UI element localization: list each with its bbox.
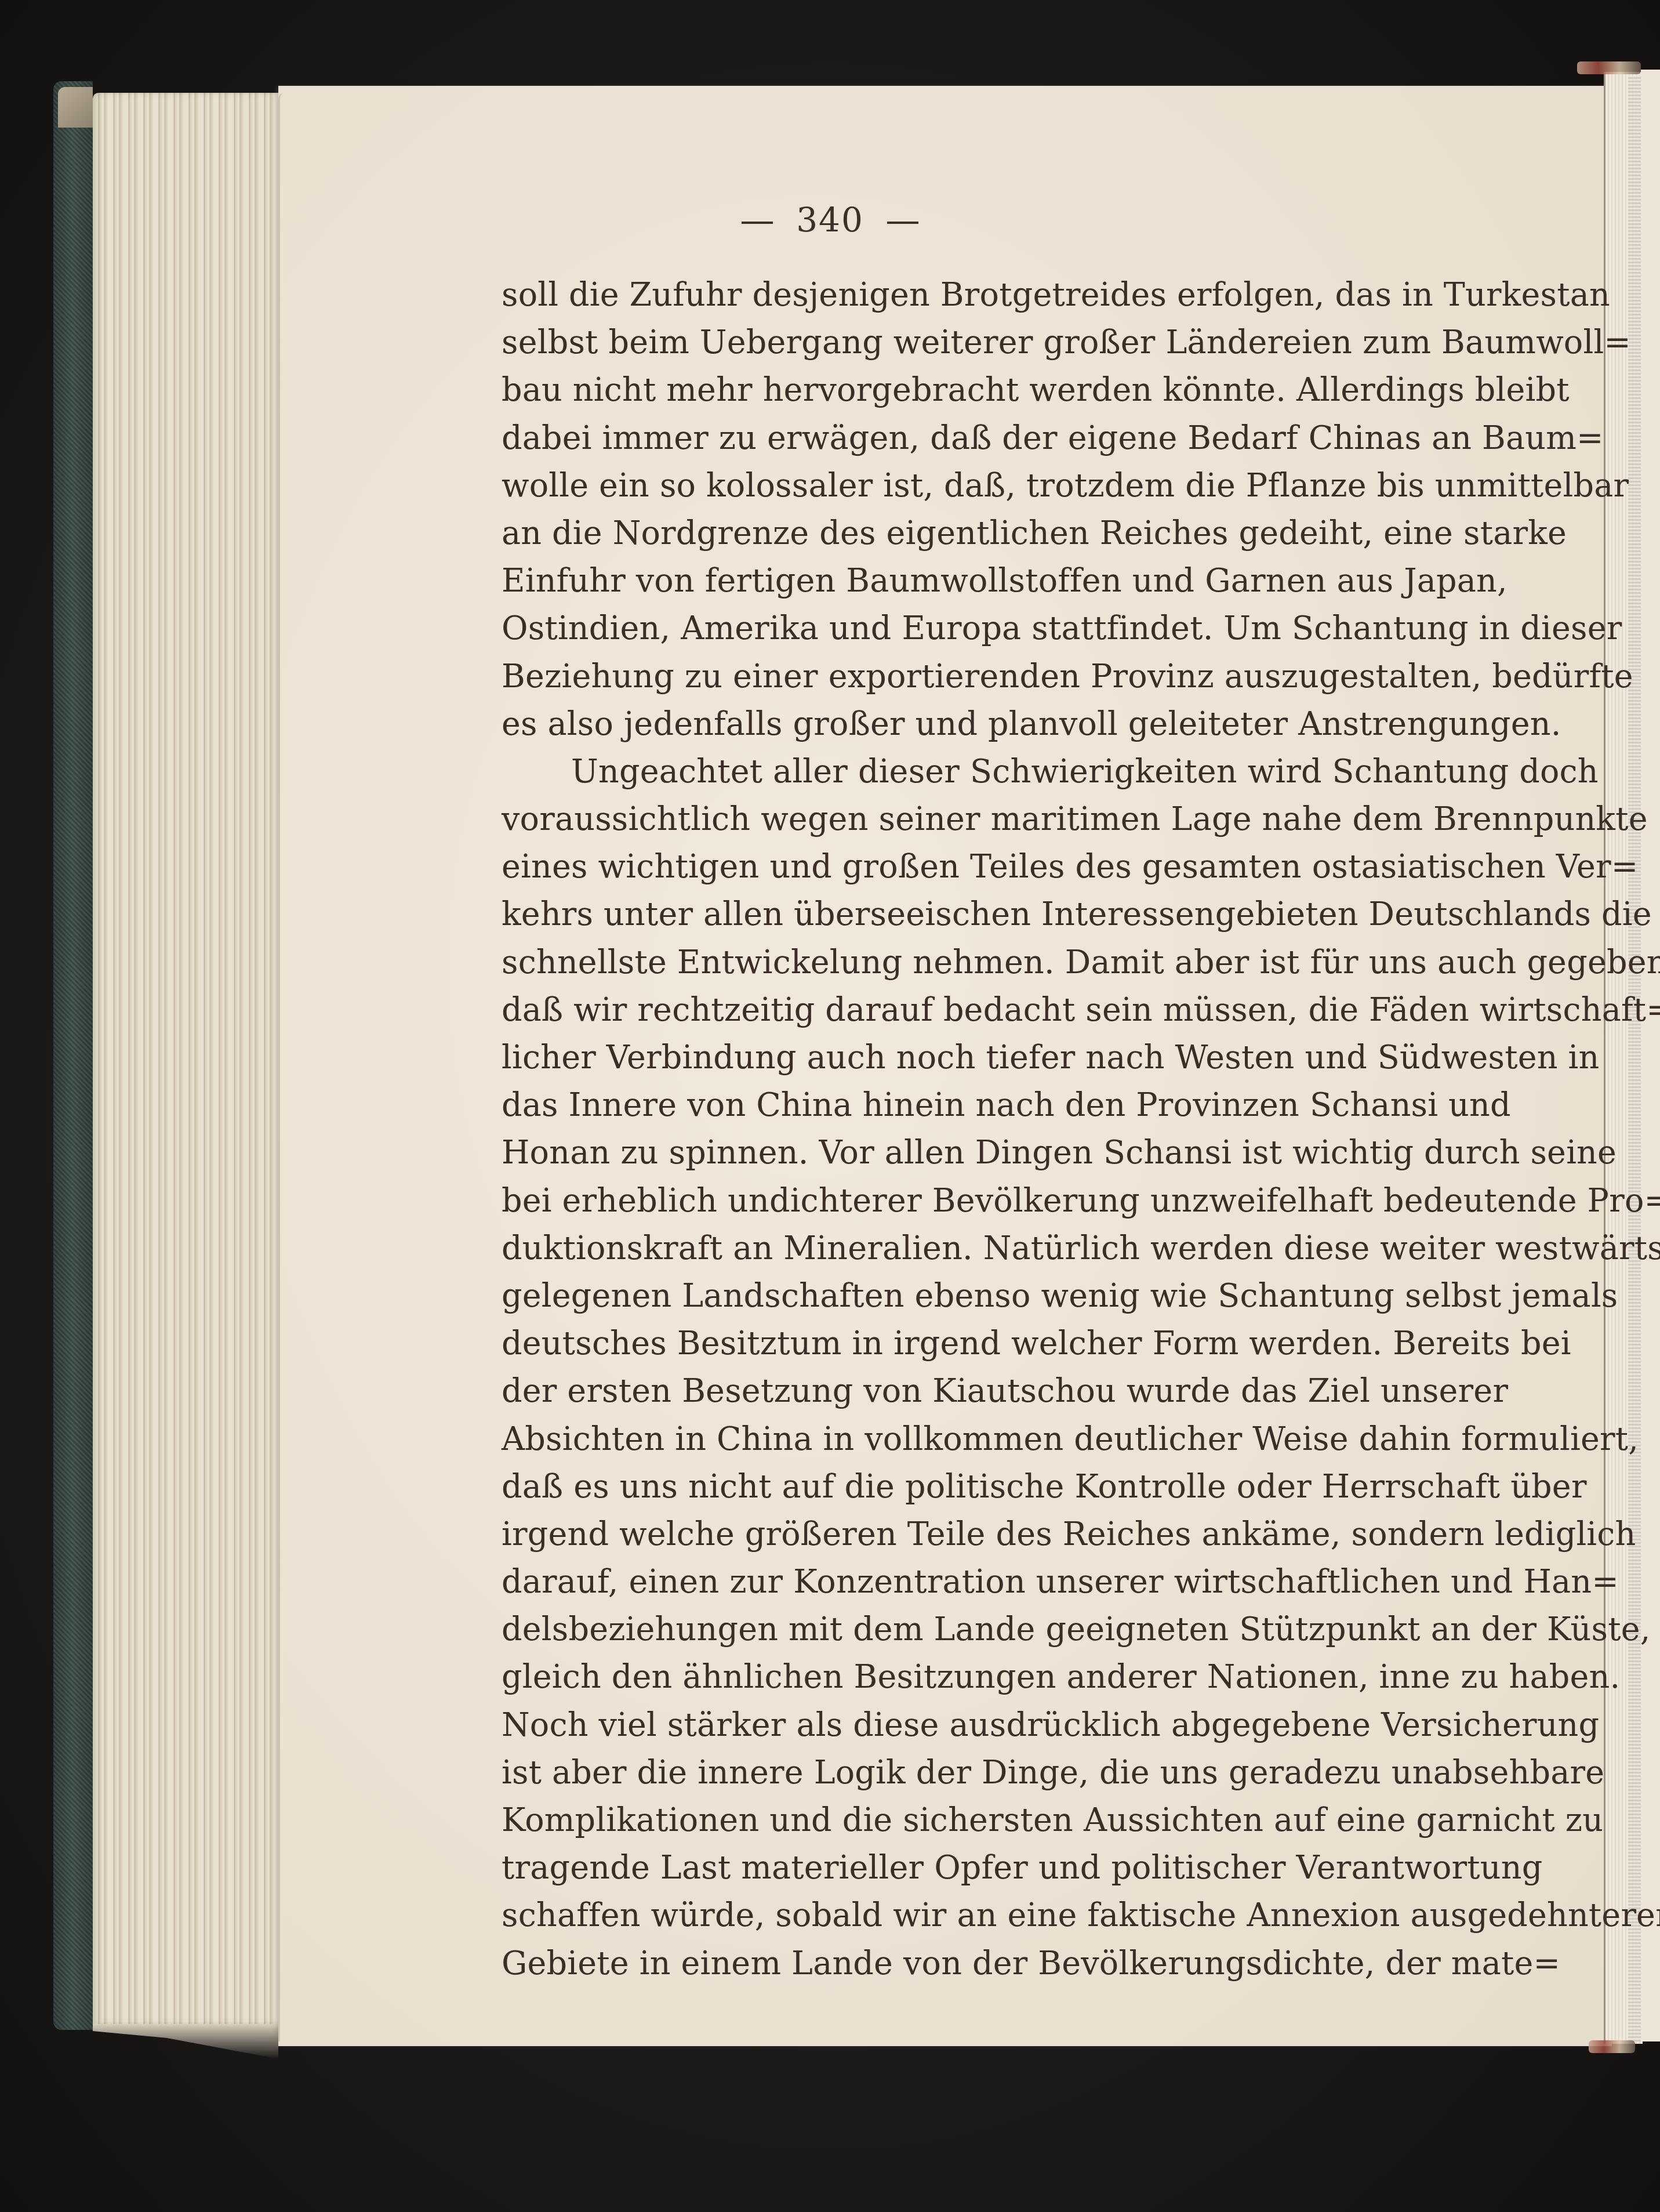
text-line: selbst beim Uebergang weiterer großer Lä… xyxy=(502,319,1481,367)
binding-fabric xyxy=(1628,75,1642,2041)
text-line: Ostindien, Amerika und Europa stattfinde… xyxy=(502,605,1481,652)
text-line: der ersten Besetzung von Kiautschou wurd… xyxy=(502,1368,1481,1415)
text-line: gleich den ähnlichen Besitzungen anderer… xyxy=(502,1653,1481,1701)
text-line: darauf, einen zur Konzentration unserer … xyxy=(502,1558,1481,1606)
text-line: duktionskraft an Mineralien. Natürlich w… xyxy=(502,1225,1481,1272)
left-page-stack xyxy=(93,93,278,2024)
headband-top xyxy=(1577,61,1641,74)
text-line: delsbeziehungen mit dem Lande geeigneten… xyxy=(502,1606,1481,1653)
text-line: an die Nordgrenze des eigentlichen Reich… xyxy=(502,510,1481,557)
text-line: das Innere von China hinein nach den Pro… xyxy=(502,1082,1481,1129)
text-line: daß es uns nicht auf die politische Kont… xyxy=(502,1463,1481,1511)
page-number: 340 xyxy=(0,200,1660,240)
text-line: daß wir rechtzeitig darauf bedacht sein … xyxy=(502,987,1481,1034)
text-line: gelegenen Landschaften ebenso wenig wie … xyxy=(502,1272,1481,1320)
text-line: es also jedenfalls großer und planvoll g… xyxy=(502,701,1481,748)
text-line: Komplikationen und die sichersten Aussic… xyxy=(502,1797,1481,1844)
text-line: deutsches Besitztum in irgend welcher Fo… xyxy=(502,1320,1481,1368)
body-text: soll die Zufuhr desjenigen Brotgetreides… xyxy=(502,271,1481,1988)
text-line: eines wichtigen und großen Teiles des ge… xyxy=(502,843,1481,891)
text-line: Noch viel stärker als diese ausdrücklich… xyxy=(502,1702,1481,1749)
text-line: Einfuhr von fertigen Baumwollstoffen und… xyxy=(502,557,1481,605)
text-line: ist aber die innere Logik der Dinge, die… xyxy=(502,1749,1481,1797)
page-inner-edge xyxy=(278,93,297,2041)
page-number-value: 340 xyxy=(796,200,864,240)
text-line: irgend welche größeren Teile des Reiches… xyxy=(502,1511,1481,1558)
text-line: wolle ein so kolossaler ist, daß, trotzd… xyxy=(502,462,1481,510)
text-line: schnellste Entwickelung nehmen. Damit ab… xyxy=(502,939,1481,987)
right-page-edge xyxy=(1641,70,1660,2041)
text-line: tragende Last materieller Opfer und poli… xyxy=(502,1844,1481,1892)
book-spine-cloth xyxy=(53,81,93,2030)
text-line: Beziehung zu einer exportierenden Provin… xyxy=(502,653,1481,701)
text-line: bei erheblich undichterer Bevölkerung un… xyxy=(502,1177,1481,1225)
page-number-dash-right xyxy=(887,222,918,224)
text-line: Gebiete in einem Lande von der Bevölkeru… xyxy=(502,1940,1481,1988)
text-line: Absichten in China in vollkommen deutlic… xyxy=(502,1416,1481,1463)
text-line: licher Verbindung auch noch tiefer nach … xyxy=(502,1034,1481,1082)
spine-corner-top xyxy=(58,87,93,128)
text-line: Ungeachtet aller dieser Schwierigkeiten … xyxy=(502,748,1481,796)
page-number-dash-left xyxy=(742,222,773,224)
headband-bottom xyxy=(1589,2040,1635,2053)
text-line: Honan zu spinnen. Vor allen Dingen Schan… xyxy=(502,1129,1481,1177)
text-line: soll die Zufuhr desjenigen Brotgetreides… xyxy=(502,271,1481,319)
text-line: bau nicht mehr hervorgebracht werden kön… xyxy=(502,367,1481,414)
text-line: schaffen würde, sobald wir an eine fakti… xyxy=(502,1892,1481,1939)
text-line: voraussichtlich wegen seiner maritimen L… xyxy=(502,796,1481,843)
book-scan: 340 soll die Zufuhr desjenigen Brotgetre… xyxy=(0,0,1660,2212)
text-line: dabei immer zu erwägen, daß der eigene B… xyxy=(502,415,1481,462)
text-line: kehrs unter allen überseeischen Interess… xyxy=(502,891,1481,938)
